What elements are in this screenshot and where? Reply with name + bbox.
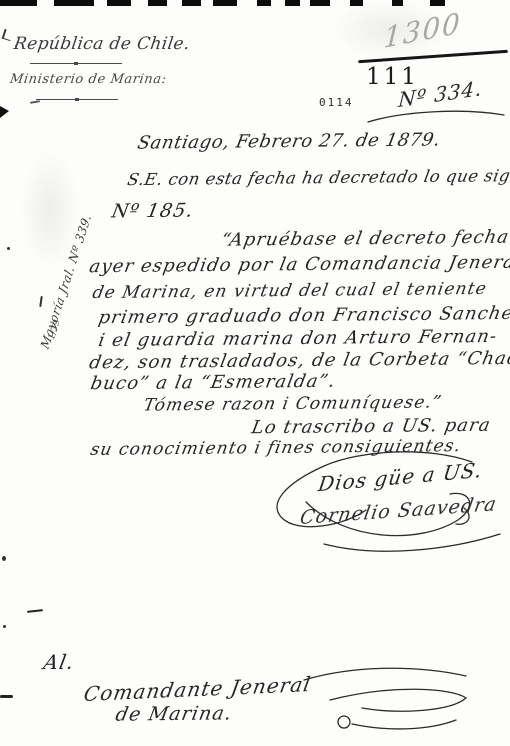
body-line: de Marina, en virtud del cual el tenient… — [91, 279, 489, 303]
edge-dash — [182, 0, 201, 6]
body-line: Tómese razon i Comuníquese.” — [142, 392, 444, 415]
edge-dash — [430, 0, 445, 6]
edge-dash — [310, 0, 330, 6]
letterhead-rule — [30, 63, 122, 64]
scan-top-edge-artifact — [0, 0, 510, 8]
address-prefix: Al. — [42, 650, 77, 674]
edge-dash — [148, 0, 167, 6]
body-line: i el guardia marina don Arturo Fernan- — [97, 326, 499, 351]
edge-dash — [285, 0, 300, 6]
address-line-institution: de Marina. — [114, 702, 234, 725]
ink-speck — [7, 247, 10, 250]
body-line: S.E. con esta fecha ha decretado lo que … — [126, 166, 510, 189]
archive-number-stamp: 0114 — [319, 96, 354, 109]
letterhead-rule — [36, 99, 118, 100]
scanned-document-page: República de Chile. Ministerio de Marina… — [0, 0, 510, 746]
ink-speck — [2, 556, 6, 561]
ink-speck — [39, 296, 43, 307]
document-number-underline-swash — [366, 106, 508, 126]
stray-pen-dash — [30, 100, 40, 104]
edge-dash — [0, 0, 37, 6]
body-line: ayer espedido por la Comandancia Jeneral — [88, 252, 510, 278]
signature-paraph-flourish — [268, 446, 508, 558]
printers-mark — [2, 29, 14, 41]
decree-number: Nº 185. — [110, 200, 196, 223]
letterhead-ministry: Ministerio de Marina: — [9, 72, 168, 87]
letterhead-country: República de Chile. — [13, 34, 192, 54]
edge-dash — [107, 0, 131, 6]
body-line: dez, son trasladados, de la Corbeta “Cha… — [88, 348, 510, 374]
stray-pen-dash — [0, 695, 13, 698]
edge-dash — [54, 0, 94, 6]
scan-left-edge-mark — [0, 106, 9, 118]
stray-pen-dash — [27, 609, 43, 613]
body-line: primero graduado don Francisco Sanchez — [97, 303, 510, 328]
body-line: buco” a la “Esmeralda”. — [89, 371, 338, 395]
body-line: Lo trascribo a US. para — [250, 415, 493, 438]
edge-dash — [257, 0, 271, 6]
dateline: Santiago, Febrero 27. de 1879. — [136, 129, 443, 153]
edge-dash — [213, 0, 237, 6]
address-line-recipient: Comandante Jeneral — [82, 672, 313, 706]
ink-speck — [3, 625, 6, 628]
body-line: “Apruébase el decreto fecha de — [220, 226, 510, 250]
address-rubric-flourish — [300, 658, 475, 740]
